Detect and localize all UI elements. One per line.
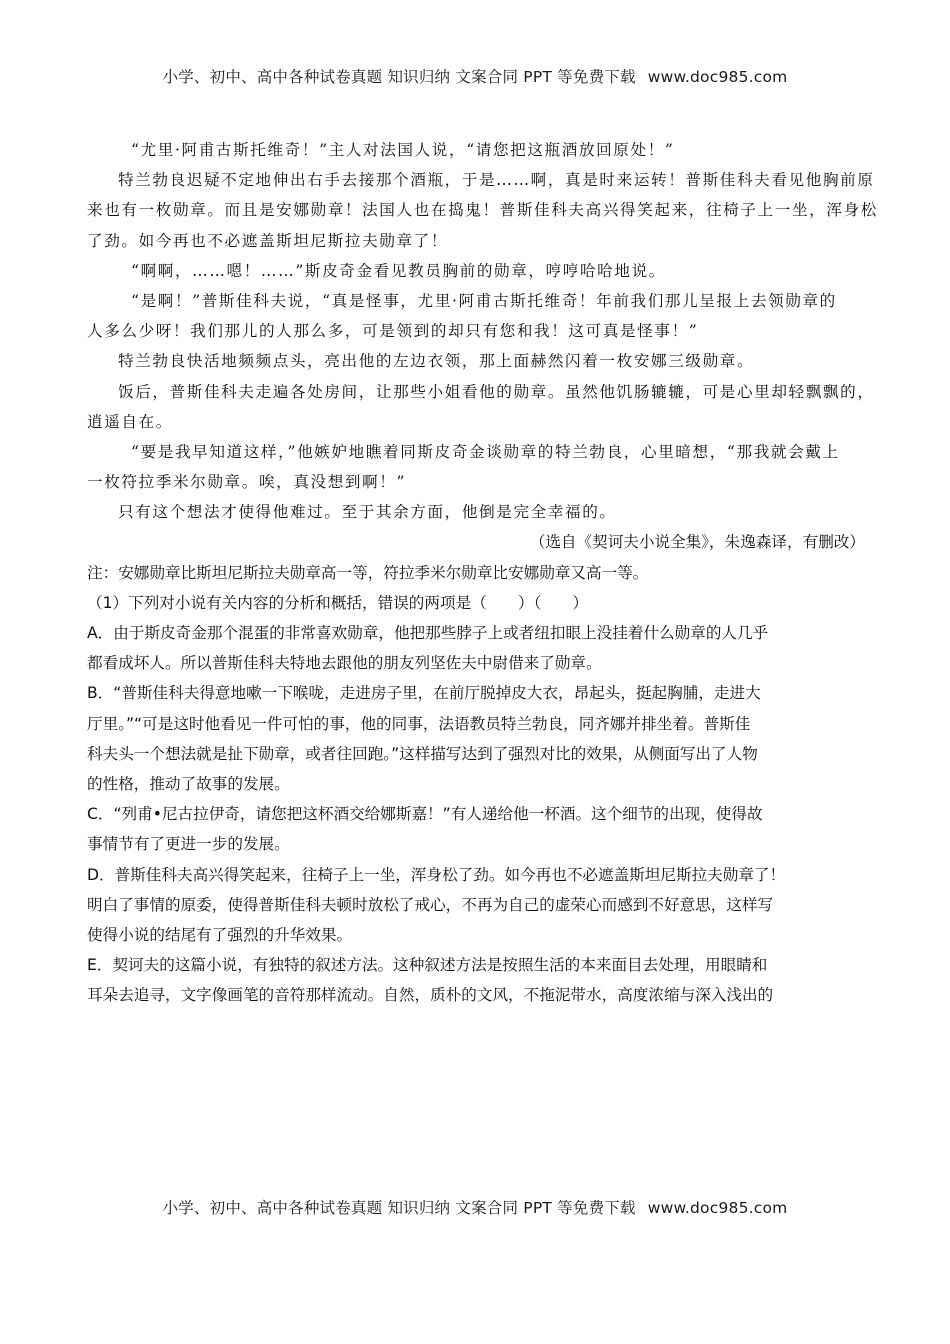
document-body: “尤里·阿甫古斯托维奇！”主人对法国人说，“请您把这瓶酒放回原处！” 特兰勃良迟… xyxy=(87,135,865,1010)
passage-line: 了劲。如今再也不必遮盖斯坦尼斯拉夫勋章了！ xyxy=(87,226,865,256)
option-line: 事情节有了更进一步的发展。 xyxy=(87,829,865,859)
passage-line: “是啊！”普斯佳科夫说，“真是怪事，尤里·阿甫古斯托维奇！年前我们那儿呈报上去领… xyxy=(87,286,865,316)
option-a: A．由于斯皮奇金那个混蛋的非常喜欢勋章，他把那些脖子上或者纽扣眼上没挂着什么勋章… xyxy=(87,618,865,678)
passage-line: “尤里·阿甫古斯托维奇！”主人对法国人说，“请您把这瓶酒放回原处！” xyxy=(87,135,865,165)
passage-line: “要是我早知道这样，”他嫉妒地瞧着同斯皮奇金谈勋章的特兰勃良，心里暗想，“那我就… xyxy=(87,437,865,467)
passage-source: （选自《契诃夫小说全集》，朱逸森译，有删改） xyxy=(87,527,865,557)
option-line: B．“普斯佳科夫得意地嗽一下喉咙，走进房子里，在前厅脱掉皮大衣，昂起头，挺起胸脯… xyxy=(87,678,865,708)
passage-line: 特兰勃良快活地频频点头，亮出他的左边衣领，那上面赫然闪着一枚安娜三级勋章。 xyxy=(87,346,865,376)
passage-line: 一枚符拉季米尔勋章。唉，真没想到啊！” xyxy=(87,467,865,497)
passage-line: 只有这个想法才使得他难过。至于其余方面，他倒是完全幸福的。 xyxy=(87,497,865,527)
option-e: E．契诃夫的这篇小说，有独特的叙述方法。这种叙述方法是按照生活的本来面目去处理，… xyxy=(87,950,865,1010)
option-line: 都看成坏人。所以普斯佳科夫特地去跟他的朋友列坚佐夫中尉借来了勋章。 xyxy=(87,648,865,678)
passage-note: 注：安娜勋章比斯坦尼斯拉夫勋章高一等，符拉季米尔勋章比安娜勋章又高一等。 xyxy=(87,558,865,588)
option-d: D．普斯佳科夫高兴得笑起来，往椅子上一坐，浑身松了劲。如今再也不必遮盖斯坦尼斯拉… xyxy=(87,860,865,951)
passage: “尤里·阿甫古斯托维奇！”主人对法国人说，“请您把这瓶酒放回原处！” 特兰勃良迟… xyxy=(87,135,865,588)
page-header: 小学、初中、高中各种试卷真题 知识归纳 文案合同 PPT 等免费下载www.do… xyxy=(0,65,950,87)
option-line: 耳朵去追寻，文字像画笔的音符那样流动。自然，质朴的文风，不拖泥带水，高度浓缩与深… xyxy=(87,980,865,1010)
question-stem: （1）下列对小说有关内容的分析和概括，错误的两项是（ ）（ ） xyxy=(87,588,865,618)
option-line: 科夫头一个想法就是扯下勋章，或者往回跑。”这样描写达到了强烈对比的效果，从侧面写… xyxy=(87,739,865,769)
footer-url: www.doc985.com xyxy=(648,1199,788,1217)
option-line: D．普斯佳科夫高兴得笑起来，往椅子上一坐，浑身松了劲。如今再也不必遮盖斯坦尼斯拉… xyxy=(87,860,865,890)
passage-line: 逍遥自在。 xyxy=(87,407,865,437)
passage-line: “啊啊，……嗯！……”斯皮奇金看见教员胸前的勋章，哼哼哈哈地说。 xyxy=(87,256,865,286)
option-line: 明白了事情的原委，使得普斯佳科夫顿时放松了戒心，不再为自己的虚荣心而感到不好意思… xyxy=(87,890,865,920)
option-line: C．“列甫•尼古拉伊奇，请您把这杯酒交给娜斯嘉！”有人递给他一杯酒。这个细节的出… xyxy=(87,799,865,829)
header-url: www.doc985.com xyxy=(648,68,788,86)
option-line: E．契诃夫的这篇小说，有独特的叙述方法。这种叙述方法是按照生活的本来面目去处理，… xyxy=(87,950,865,980)
passage-line: 特兰勃良迟疑不定地伸出右手去接那个酒瓶，于是……啊，真是时来运转！普斯佳科夫看见… xyxy=(87,165,865,195)
option-line: 厅里。”“可是这时他看见一件可怕的事，他的同事，法语教员特兰勃良，同齐娜并排坐着… xyxy=(87,709,865,739)
option-b: B．“普斯佳科夫得意地嗽一下喉咙，走进房子里，在前厅脱掉皮大衣，昂起头，挺起胸脯… xyxy=(87,678,865,799)
header-text: 小学、初中、高中各种试卷真题 知识归纳 文案合同 PPT 等免费下载 xyxy=(163,68,636,86)
passage-line: 人多么少呀！我们那儿的人那么多，可是领到的却只有您和我！这可真是怪事！” xyxy=(87,316,865,346)
question-1: （1）下列对小说有关内容的分析和概括，错误的两项是（ ）（ ） A．由于斯皮奇金… xyxy=(87,588,865,1011)
page-footer: 小学、初中、高中各种试卷真题 知识归纳 文案合同 PPT 等免费下载www.do… xyxy=(0,1196,950,1218)
option-line: 的性格，推动了故事的发展。 xyxy=(87,769,865,799)
option-c: C．“列甫•尼古拉伊奇，请您把这杯酒交给娜斯嘉！”有人递给他一杯酒。这个细节的出… xyxy=(87,799,865,859)
option-line: 使得小说的结尾有了强烈的升华效果。 xyxy=(87,920,865,950)
passage-line: 饭后，普斯佳科夫走遍各处房间，让那些小姐看他的勋章。虽然他饥肠辘辘，可是心里却轻… xyxy=(87,377,865,407)
footer-text: 小学、初中、高中各种试卷真题 知识归纳 文案合同 PPT 等免费下载 xyxy=(163,1199,636,1217)
option-line: A．由于斯皮奇金那个混蛋的非常喜欢勋章，他把那些脖子上或者纽扣眼上没挂着什么勋章… xyxy=(87,618,865,648)
passage-line: 来也有一枚勋章。而且是安娜勋章！法国人也在捣鬼！普斯佳科夫高兴得笑起来，往椅子上… xyxy=(87,195,865,225)
